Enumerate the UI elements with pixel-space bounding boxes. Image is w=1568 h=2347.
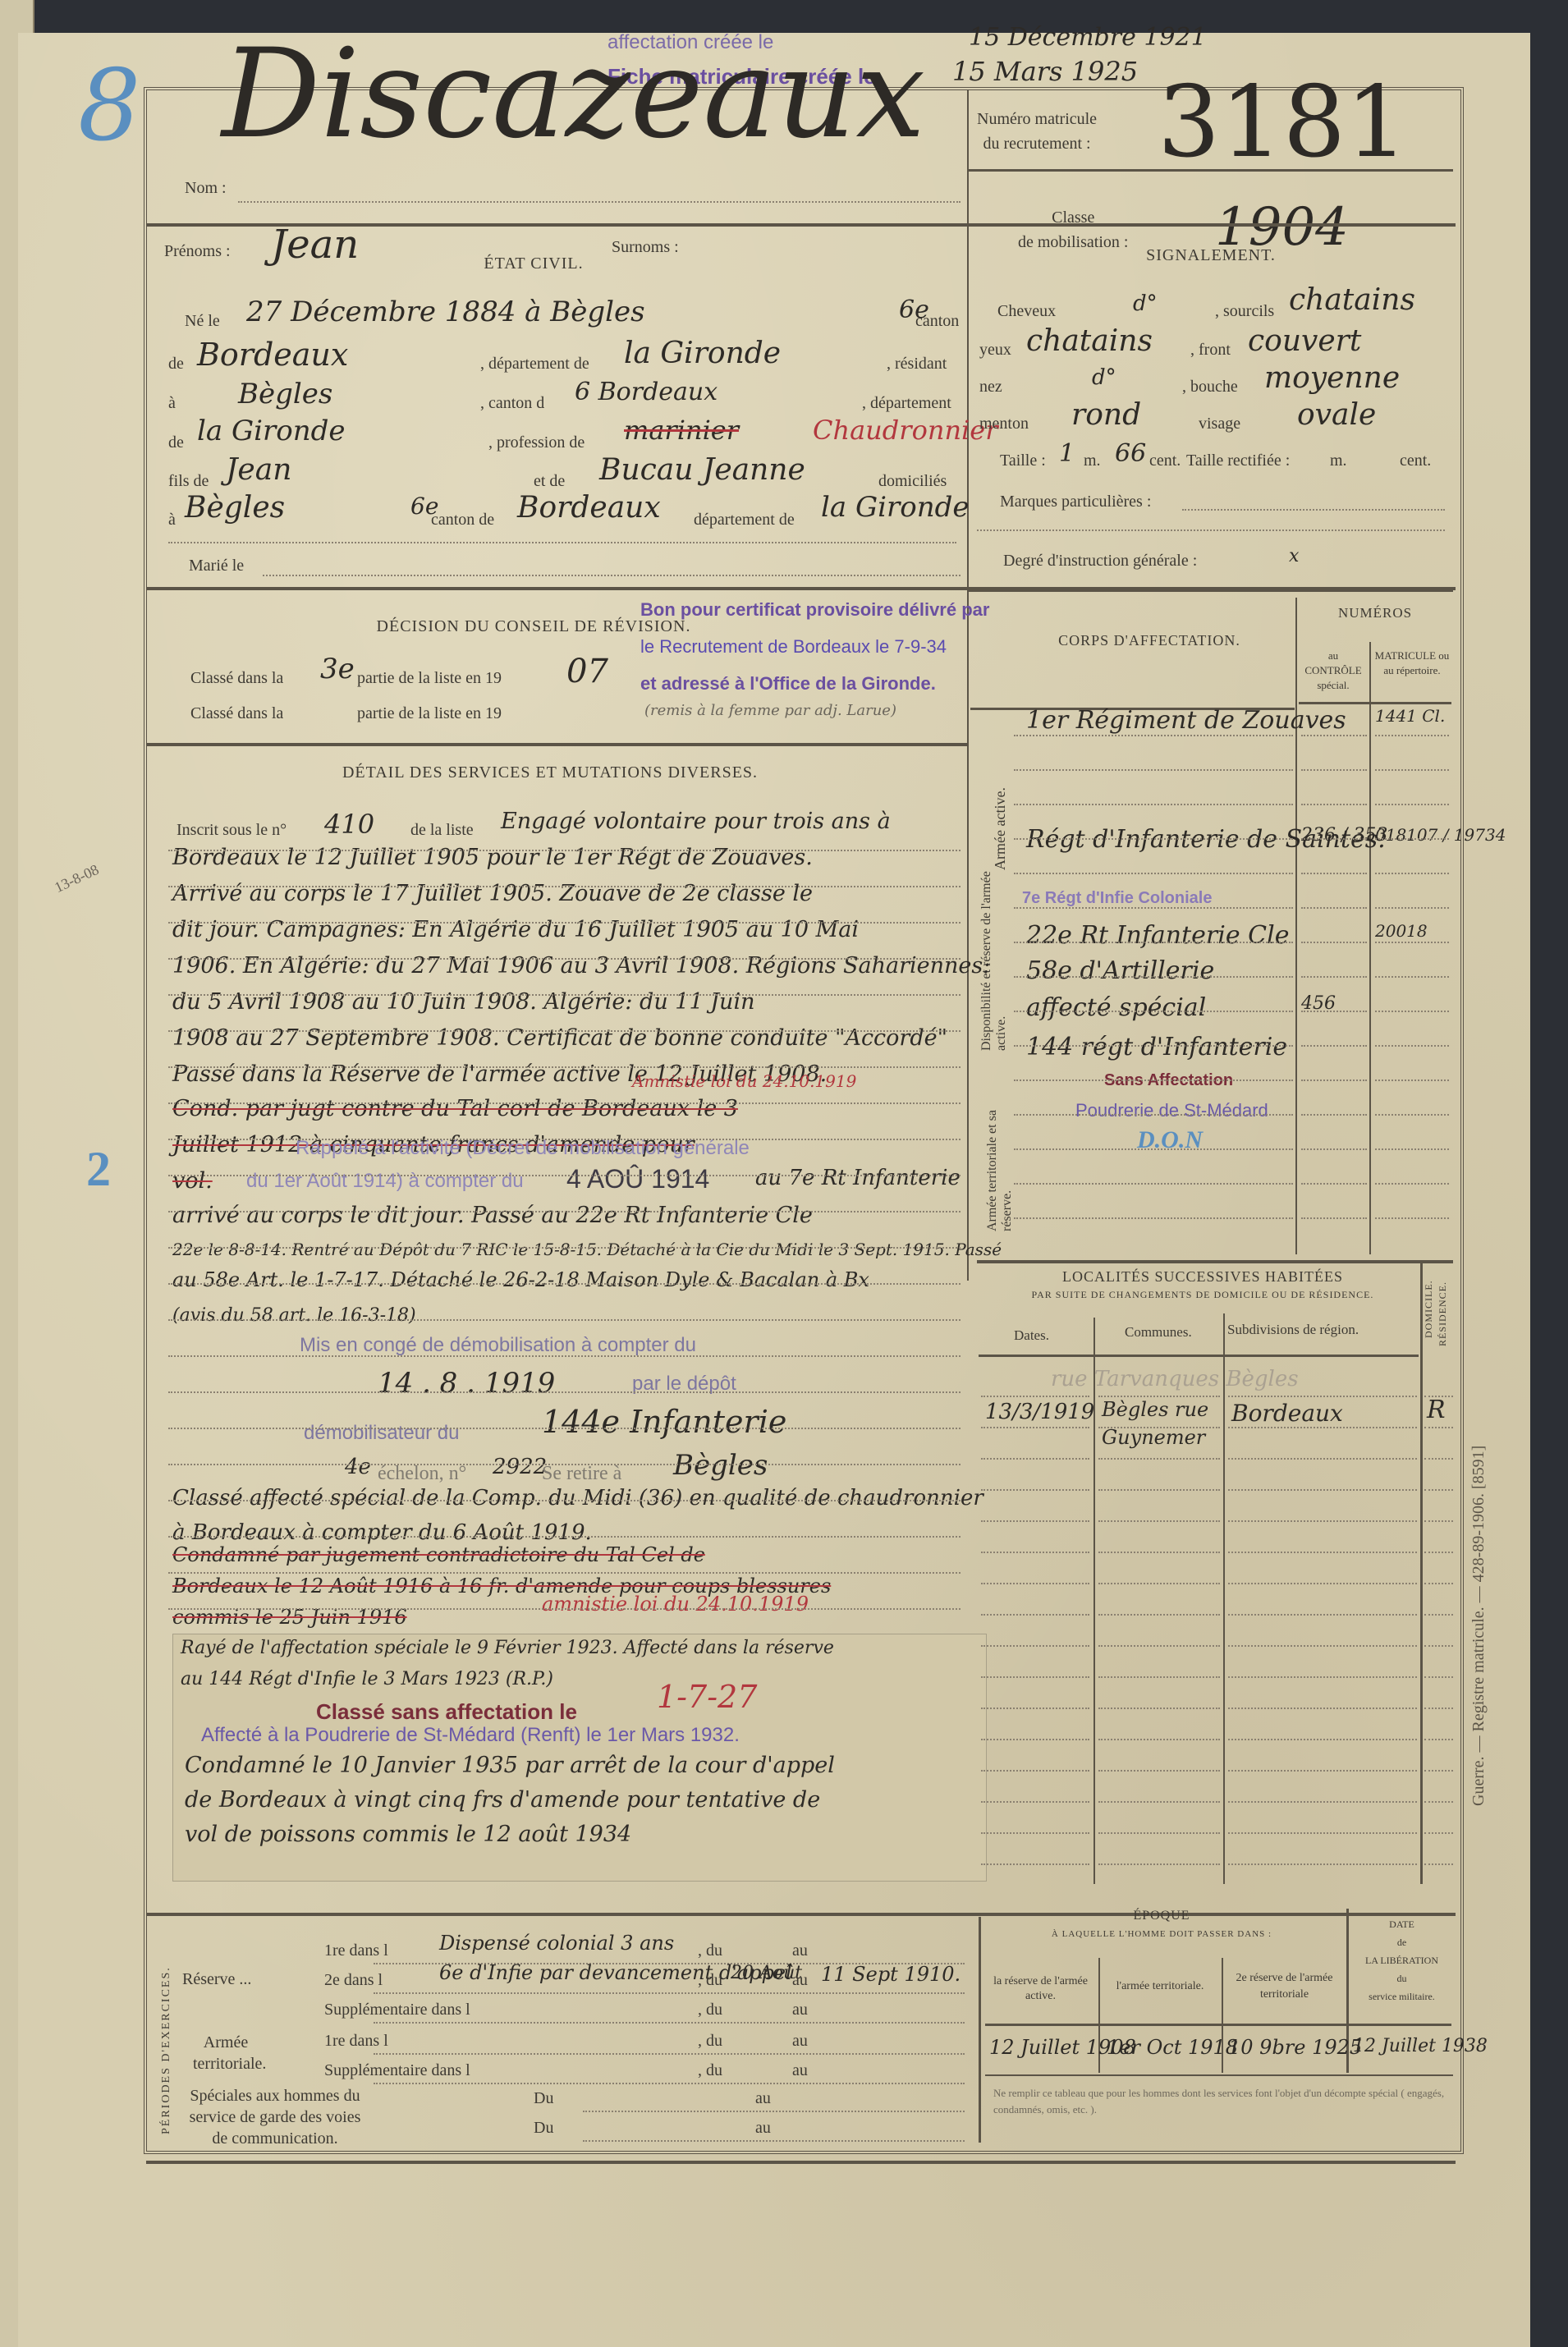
- exercice-au: 11 Sept 1910.: [821, 1963, 961, 1986]
- register-footer: Guerre. — Registre matricule. — 428-89-1…: [1469, 1446, 1488, 1806]
- parents-canton: Bordeaux: [517, 491, 661, 525]
- rappel-line: au 7e Rt Infanterie: [755, 1166, 961, 1190]
- nom-label: Nom :: [185, 179, 227, 198]
- matricule-label: Numéro matriculedu recrutement :: [977, 107, 1097, 156]
- amnistie-note: Amnistie loi du 24.10.1919: [632, 1071, 856, 1091]
- rappel-line: 22e le 8-8-14. Rentré au Dépôt du 7 RIC …: [172, 1240, 1002, 1259]
- corps-title: CORPS D'AFFECTATION.: [1026, 632, 1272, 649]
- cheveux-value: d°: [1133, 291, 1158, 316]
- rappel-line: au 58e Art. le 1-7-17. Détaché le 26-2-1…: [172, 1268, 869, 1291]
- classe-sans-affectation-stamp: Classé sans affectation le: [316, 1699, 577, 1725]
- inscrit-num: 410: [324, 809, 374, 840]
- conge-date: 14 . 8 . 1919: [378, 1367, 555, 1400]
- exercice-label: 1re dans l: [324, 2032, 388, 2051]
- parents-departement: la Gironde: [821, 491, 970, 524]
- classe-partie-1: 3e: [320, 653, 355, 685]
- service-line: 1906. En Algérie: du 27 Mai 1906 au 3 Av…: [172, 953, 990, 979]
- residence-canton: 6 Bordeaux: [575, 378, 718, 406]
- raye-line: au 144 Régt d'Infie le 3 Mars 1923 (R.P.…: [181, 1669, 553, 1689]
- nom-value: Discazeaux: [222, 33, 925, 156]
- service-line: Bordeaux le 12 Juillet 1905 pour le 1er …: [172, 845, 813, 870]
- corps-matricule: 018107 / 19734: [1375, 825, 1506, 845]
- exercices-label: PÉRIODES D'EXERCICES.: [160, 1966, 173, 2134]
- margin-blue-mark-top: 8: [78, 49, 140, 163]
- demobilisateur-value: 144e Infanterie: [542, 1404, 786, 1440]
- residence: Bègles: [238, 378, 332, 410]
- rappel-line: (avis du 58 art. le 16-3-18): [172, 1305, 416, 1326]
- exercice-label: Du: [534, 2119, 553, 2138]
- service-line: dit jour. Campagnes: En Algérie du 16 Ju…: [172, 917, 859, 942]
- classe-sans-affectation-date: 1-7-27: [657, 1679, 757, 1715]
- residence-departement: la Gironde: [197, 415, 346, 447]
- epoque-title: ÉPOQUE: [985, 1909, 1338, 1923]
- yeux-value: chatains: [1026, 324, 1153, 358]
- birth-canton: Bordeaux: [197, 337, 348, 373]
- amnistie-note: amnistie loi du 24.10.1919: [542, 1593, 809, 1616]
- taille-m: 1: [1059, 439, 1075, 468]
- epoque-territoriale: 1er Oct 1918: [1107, 2036, 1238, 2059]
- birth-departement: la Gironde: [624, 337, 781, 370]
- exercice-label: Supplémentaire dans l: [324, 2061, 470, 2080]
- struck-line: vol.: [172, 1168, 213, 1194]
- localite-commune: Bègles rue Guynemer: [1102, 1396, 1221, 1451]
- exercice-value: Dispensé colonial 3 ans: [439, 1932, 674, 1955]
- conge-stamp: Mis en congé de démobilisation à compter…: [300, 1334, 696, 1357]
- corps-row: 22e Rt Infanterie Cle: [1026, 921, 1289, 950]
- classe-speciale-line: à Bordeaux à compter du 6 Août 1919.: [172, 1520, 592, 1545]
- signalement-title: SIGNALEMENT.: [1067, 246, 1355, 265]
- birth-date-place: 27 Décembre 1884 à Bègles: [246, 296, 645, 328]
- localites-title: LOCALITÉS SUCCESSIVES HABITÉES: [985, 1268, 1420, 1286]
- profession-struck: marinier: [624, 415, 739, 446]
- exercice-label: Supplémentaire dans l: [324, 2001, 470, 2019]
- echelon-num: 2922: [493, 1455, 547, 1479]
- exercice-label: 2e dans l: [324, 1971, 383, 1990]
- profession: Chaudronnier: [813, 415, 998, 446]
- rappel-date: 4 AOÛ 1914: [566, 1164, 709, 1194]
- nez-value: d°: [1092, 365, 1116, 390]
- condamne-line: de Bordeaux à vingt cinq frs d'amende po…: [185, 1787, 820, 1813]
- raye-line: Rayé de l'affectation spéciale le 9 Févr…: [181, 1638, 834, 1658]
- rappel-stamp-1: Rappelé à l'activité (Décret de mobilisa…: [296, 1137, 750, 1160]
- struck-line: Cond. par jugt contre du Tal corl de Bor…: [172, 1096, 738, 1121]
- corps-row: 144 régt d'Infanterie: [1026, 1033, 1287, 1061]
- condamne-line: vol de poissons commis le 12 août 1934: [185, 1822, 631, 1847]
- visage-value: ovale: [1297, 398, 1376, 432]
- epoque-note: Ne remplir ce tableau que pour les homme…: [993, 2085, 1449, 2118]
- corps-row: 7e Régt d'Infie Coloniale: [1022, 889, 1212, 908]
- se-retire-value: Bègles: [673, 1449, 768, 1482]
- matricule-value: 3181: [1158, 66, 1408, 180]
- condamne-line: Condamné le 10 Janvier 1935 par arrêt de…: [185, 1753, 835, 1778]
- certificat-note: (remis à la femme par adj. Larue): [644, 702, 896, 719]
- poudrerie-stamp: Poudrerie de St-Médard: [1075, 1100, 1268, 1121]
- menton-value: rond: [1071, 398, 1141, 432]
- father-name: Jean: [226, 453, 291, 487]
- corps-matricule: 20018: [1375, 921, 1428, 941]
- service-line: Engagé volontaire pour trois ans à: [501, 809, 891, 834]
- rappel-line: arrivé au corps le dit jour. Passé au 22…: [172, 1203, 813, 1228]
- mother-name: Bucau Jeanne: [599, 453, 805, 487]
- service-line: Arrivé au corps le 17 Juillet 1905. Zoua…: [172, 881, 813, 906]
- epoque-reserve-territoriale: 10 9bre 1925: [1228, 2036, 1362, 2059]
- margin-blue-mark: 2: [86, 1141, 111, 1198]
- corps-row: affecté spécial: [1026, 993, 1206, 1022]
- localite-domicile-residence: R: [1427, 1396, 1446, 1424]
- etat-civil-title: ÉTAT CIVIL.: [328, 254, 739, 273]
- corps-matricule: 1441 Cl.: [1375, 706, 1445, 726]
- services-title: DÉTAIL DES SERVICES ET MUTATIONS DIVERSE…: [304, 763, 796, 782]
- bouche-value: moyenne: [1264, 361, 1400, 395]
- taille-cm: 66: [1115, 439, 1146, 468]
- fiche-date: 15 Mars 1925: [952, 56, 1138, 87]
- prenoms-label: Prénoms :: [164, 242, 231, 261]
- sourcils-value: chatains: [1289, 283, 1415, 317]
- certificat-stamp-line-2: le Recrutement de Bordeaux le 7-9-34: [640, 636, 947, 658]
- affecte-poudrerie-stamp: Affecté à la Poudrerie de St-Médard (Ren…: [201, 1724, 740, 1747]
- faint-note: rue Tarvanques Bègles: [1051, 1367, 1299, 1391]
- struck-line: Condamné par jugement contradictoire du …: [172, 1543, 705, 1566]
- front-value: couvert: [1248, 324, 1361, 358]
- instruction-value: x: [1289, 546, 1299, 566]
- epoque-liberation: 12 Juillet 1938: [1353, 2036, 1488, 2056]
- corps-row: 58e d'Artillerie: [1026, 956, 1214, 985]
- certificat-stamp-line-1: Bon pour certificat provisoire délivré p…: [640, 599, 989, 621]
- affectation-date: 15 Décembre 1921: [969, 23, 1207, 52]
- classe-annee-1: 07: [566, 653, 608, 690]
- service-line: 1908 au 27 Septembre 1908. Certificat de…: [172, 1025, 947, 1051]
- exercice-label: Du: [534, 2089, 553, 2108]
- rappel-stamp-2: du 1er Août 1914) à compter du: [246, 1170, 524, 1193]
- localite-date: 13/3/1919: [985, 1400, 1094, 1424]
- service-line: du 5 Avril 1908 au 10 Juin 1908. Algérie…: [172, 989, 754, 1015]
- corps-row: 1er Régiment de Zouaves: [1026, 706, 1346, 735]
- localite-subdivision: Bordeaux: [1231, 1400, 1343, 1427]
- exercice-label: 1re dans l: [324, 1941, 388, 1960]
- parents-city: Bègles: [185, 491, 285, 525]
- certificat-stamp-line-3: et adressé à l'Office de la Gironde.: [640, 673, 936, 694]
- classe-speciale-line: Classé affecté spécial de la Comp. du Mi…: [172, 1486, 983, 1510]
